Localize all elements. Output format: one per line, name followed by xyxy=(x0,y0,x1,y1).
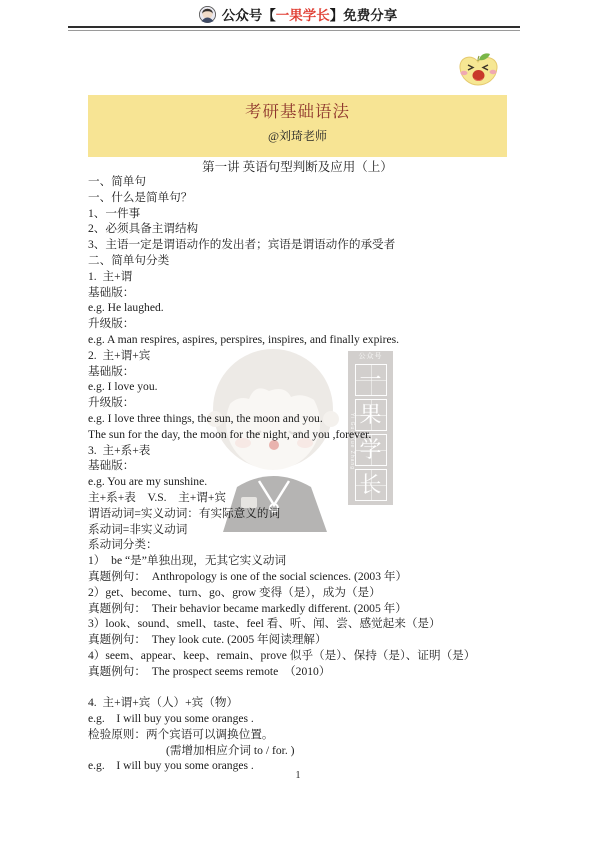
body-line: 4）seem、appear、keep、remain、prove 似乎（是）、保持… xyxy=(88,648,512,664)
body-line: 2. 主+谓+宾 xyxy=(88,348,512,364)
body-line: 3. 主+系+表 xyxy=(88,443,512,459)
body-line: e.g. I love you. xyxy=(88,379,512,395)
apple-mascot-icon xyxy=(455,52,502,87)
body-line: 真题例句： Anthropology is one of the social … xyxy=(88,569,512,585)
title-highlight-block: 考研基础语法 @刘琦老师 xyxy=(88,95,507,157)
body-line: 1） be “是”单独出现，无其它实义动词 xyxy=(88,553,512,569)
body-line: e.g. He laughed. xyxy=(88,300,512,316)
body-line: 1、一件事 xyxy=(88,206,512,222)
body-line: 基础版： xyxy=(88,458,512,474)
body-line: 系动词=非实义动词 xyxy=(88,522,512,538)
body-line: The sun for the day, the moon for the ni… xyxy=(88,427,512,443)
body-text: 一、简单句一、什么是简单句？1、一件事2、必须具备主谓结构3、主语一定是谓语动作… xyxy=(88,174,512,774)
body-line: 升级版： xyxy=(88,316,512,332)
page-number: 1 xyxy=(0,770,596,781)
body-line: (需增加相应介词 to / for. ) xyxy=(88,743,512,759)
body-line: 1. 主+谓 xyxy=(88,269,512,285)
body-line: e.g. I love three things, the sun, the m… xyxy=(88,411,512,427)
author-subtitle: @刘琦老师 xyxy=(88,127,507,145)
account-avatar-icon xyxy=(199,6,216,23)
body-line: 升级版： xyxy=(88,395,512,411)
body-line: 基础版： xyxy=(88,364,512,380)
page-header: 公众号【一果学长】免费分享 xyxy=(0,4,596,24)
body-line: 谓语动词=实义动词：有实际意义的词 xyxy=(88,506,512,522)
header-text: 公众号【一果学长】免费分享 xyxy=(222,4,398,24)
body-line: 系动词分类： xyxy=(88,537,512,553)
document-title: 考研基础语法 xyxy=(88,95,507,124)
body-line: 2、必须具备主谓结构 xyxy=(88,221,512,237)
body-line: e.g. You are my sunshine. xyxy=(88,474,512,490)
body-line: 检验原则：两个宾语可以调换位置。 xyxy=(88,727,512,743)
body-line: 3）look、sound、smell、taste、feel 看、听、闻、尝、感觉… xyxy=(88,616,512,632)
body-line: 3、主语一定是谓语动作的发出者；宾语是谓语动作的承受者 xyxy=(88,237,512,253)
body-line: 真题例句： Their behavior became markedly dif… xyxy=(88,601,512,617)
header-prefix: 公众号【 xyxy=(222,8,276,23)
body-line: 基础版： xyxy=(88,285,512,301)
lecture-heading: 第一讲 英语句型判断及应用（上） xyxy=(88,159,507,175)
document-page: 公众号 一 果 学 长 Yi Guo Xue Zhang 公众号【一果学长】免费… xyxy=(0,0,596,842)
body-line xyxy=(88,680,512,696)
body-line: 一、什么是简单句？ xyxy=(88,190,512,206)
header-suffix: 】免费分享 xyxy=(330,8,398,23)
body-line: 真题例句： They look cute. (2005 年阅读理解） xyxy=(88,632,512,648)
header-brand-name: 一果学长 xyxy=(276,8,330,23)
header-divider-line xyxy=(68,26,520,31)
body-line: 4. 主+谓+宾（人）+宾（物） xyxy=(88,695,512,711)
body-line: 一、简单句 xyxy=(88,174,512,190)
body-line: 2）get、become、turn、go、grow 变得（是），成为（是） xyxy=(88,585,512,601)
body-line: 真题例句： The prospect seems remote （2010） xyxy=(88,664,512,680)
body-line: 主+系+表 V.S. 主+谓+宾 xyxy=(88,490,512,506)
body-line: e.g. I will buy you some oranges . xyxy=(88,711,512,727)
body-line: e.g. A man respires, aspires, perspires,… xyxy=(88,332,512,348)
body-line: 二、简单句分类 xyxy=(88,253,512,269)
